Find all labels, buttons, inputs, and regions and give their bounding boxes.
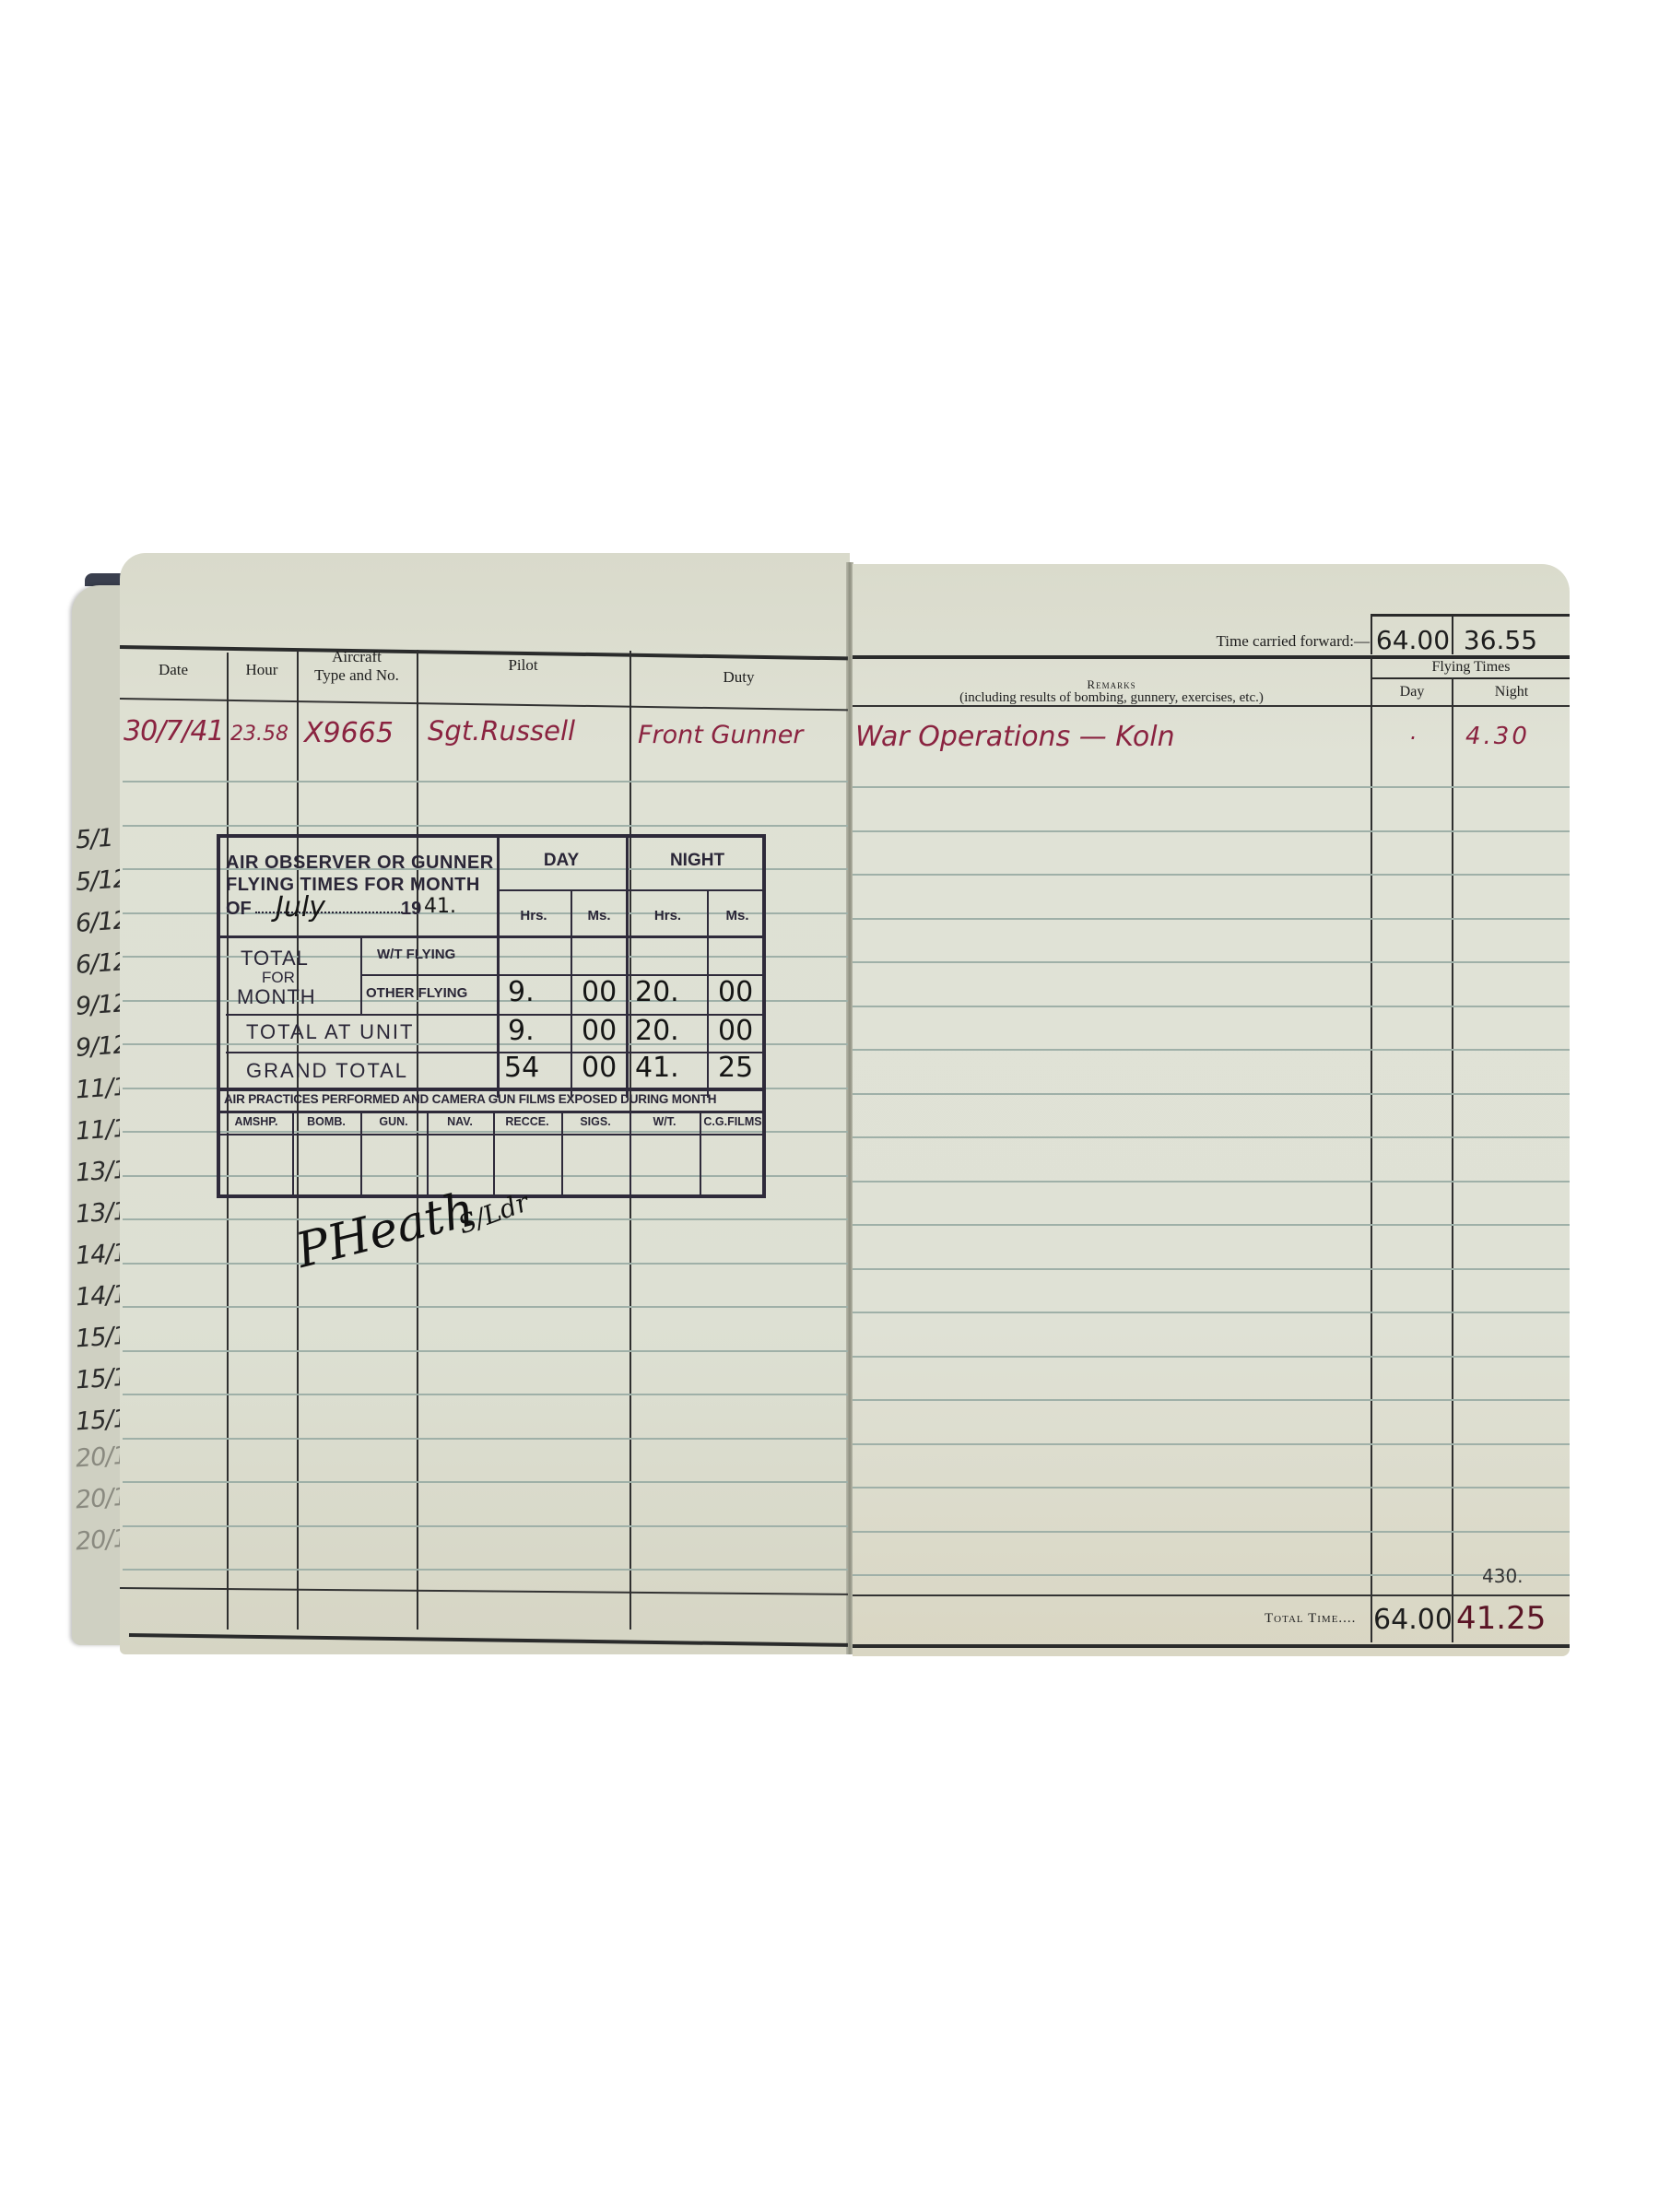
- carried-forward-label: Time carried forward:—: [1014, 632, 1370, 651]
- entry-duty: Front Gunner: [638, 721, 803, 749]
- col-divider: [1452, 677, 1453, 1642]
- ruled-line: [853, 1443, 1570, 1445]
- ruled-line: [853, 1224, 1570, 1226]
- total-time-label: Total Time....: [1265, 1611, 1356, 1627]
- stamp-divider: [226, 1052, 766, 1053]
- entry-date: 30/7/41: [124, 715, 224, 747]
- ruled-line: [853, 918, 1570, 920]
- day-label: Day: [1372, 683, 1452, 701]
- stamp-day-header: DAY: [497, 851, 626, 871]
- ruled-line: [853, 1312, 1570, 1313]
- stamp-divider: [226, 1014, 766, 1016]
- stamp-divider: [220, 935, 766, 938]
- stamp-divider: [493, 1113, 495, 1194]
- ruled-line: [853, 1093, 1570, 1095]
- ruled-line: [853, 1531, 1570, 1533]
- other-night-hrs: 20.: [635, 976, 679, 1008]
- stamp-divider: [629, 1113, 631, 1194]
- unit-day-ms: 00: [582, 1015, 617, 1047]
- entry-remarks: War Operations — Koln: [855, 721, 1175, 753]
- remarks-subtitle: (including results of bombing, gunnery, …: [853, 690, 1371, 705]
- stamp-wt-flying: W/T FLYING: [377, 947, 455, 962]
- stamp-night-hrs: Hrs.: [629, 908, 707, 924]
- stamp-divider: [360, 1113, 362, 1194]
- ruled-line: [123, 1438, 848, 1440]
- stamp-divider: [220, 1134, 766, 1135]
- unit-day-hrs: 9.: [508, 1015, 535, 1047]
- carried-top-rule: [1371, 614, 1570, 617]
- stamp-divider: [360, 938, 362, 1014]
- col-header-pilot: Pilot: [417, 656, 629, 675]
- monthly-summary-stamp: AIR OBSERVER OR GUNNER FLYING TIMES FOR …: [217, 834, 766, 1198]
- stamp-divider: [497, 889, 766, 891]
- stamp-divider: [626, 838, 629, 1098]
- other-day-hrs: 9.: [508, 976, 535, 1008]
- total-night: 41.25: [1456, 1600, 1546, 1637]
- pencil-note: 430.: [1482, 1565, 1524, 1587]
- entry-day-time: .: [1410, 719, 1418, 745]
- aircraft-header-line2: Type and No.: [297, 666, 417, 685]
- entry-aircraft: X9665: [304, 717, 394, 749]
- ruled-line: [123, 781, 848, 782]
- underlying-date: 5/1: [75, 824, 114, 855]
- stamp-night-ms: Ms.: [709, 908, 766, 924]
- entry-night-time: 4.30: [1465, 723, 1530, 750]
- grand-day-ms: 00: [582, 1052, 617, 1084]
- grand-day-hrs: 54: [504, 1052, 539, 1084]
- unit-night-hrs: 20.: [635, 1015, 679, 1047]
- ruled-line: [853, 1268, 1570, 1270]
- ruled-line: [853, 1487, 1570, 1488]
- other-day-ms: 00: [582, 976, 617, 1008]
- stamp-other-flying: OTHER FLYING: [366, 985, 467, 1001]
- practice-col-header: AMSHP.: [220, 1115, 292, 1128]
- grand-night-ms: 25: [718, 1052, 753, 1084]
- flying-times-rule: [1371, 677, 1570, 679]
- total-day: 64.00: [1373, 1604, 1453, 1636]
- flying-times-label: Flying Times: [1372, 658, 1570, 677]
- stamp-title-line1: AIR OBSERVER OR GUNNER: [226, 853, 494, 874]
- right-bottom-rule: [853, 1644, 1570, 1648]
- ruled-line: [123, 825, 848, 827]
- other-night-ms: 00: [718, 976, 753, 1008]
- grand-night-hrs: 41.: [635, 1052, 679, 1084]
- ruled-line: [853, 961, 1570, 963]
- stamp-day-ms: Ms.: [572, 908, 626, 924]
- col-header-aircraft: Aircraft Type and No.: [297, 648, 417, 685]
- stamp-total-l3: MONTH: [237, 985, 316, 1009]
- stamp-month: July: [276, 891, 325, 924]
- stamp-practices-header: AIR PRACTICES PERFORMED AND CAMERA GUN F…: [224, 1092, 716, 1106]
- aircraft-header-line1: Aircraft: [297, 648, 417, 666]
- stamp-divider: [427, 1113, 429, 1194]
- ruled-line: [123, 1306, 848, 1308]
- ruled-line: [853, 1049, 1570, 1051]
- ruled-line: [853, 1574, 1570, 1576]
- ruled-line: [853, 786, 1570, 788]
- ruled-line: [853, 874, 1570, 876]
- stamp-grand-total: GRAND TOTAL: [246, 1059, 408, 1083]
- ruled-line: [123, 1350, 848, 1352]
- carried-forward-day: 64.00: [1373, 625, 1453, 655]
- stamp-night-header: NIGHT: [629, 851, 766, 871]
- stamp-title-line2: FLYING TIMES FOR MONTH: [226, 875, 480, 896]
- stamp-year-handwritten: 41.: [424, 895, 456, 918]
- entry-pilot: Sgt.Russell: [428, 715, 575, 747]
- ruled-line: [123, 1569, 848, 1571]
- ruled-line: [123, 1263, 848, 1265]
- practice-col-header: W/T.: [629, 1115, 700, 1128]
- practice-col-header: NAV.: [427, 1115, 493, 1128]
- col-header-hour: Hour: [227, 661, 297, 679]
- ruled-line: [853, 1356, 1570, 1358]
- carried-divider: [1371, 616, 1372, 654]
- practice-col-header: SIGS.: [561, 1115, 629, 1128]
- ruled-line: [853, 830, 1570, 832]
- practice-col-header: C.G.FILMS: [700, 1115, 766, 1128]
- remarks-title: Remarks: [853, 678, 1371, 691]
- practice-col-header: GUN.: [360, 1115, 427, 1128]
- ruled-line: [853, 1399, 1570, 1401]
- stamp-divider: [292, 1113, 294, 1194]
- ruled-line: [853, 1006, 1570, 1007]
- practice-col-header: RECCE.: [493, 1115, 561, 1128]
- stamp-divider: [220, 1088, 766, 1091]
- stamp-total-l2: FOR: [262, 969, 295, 987]
- stamp-title-of: OF: [226, 899, 252, 920]
- entry-hour: 23.58: [230, 723, 288, 746]
- night-label: Night: [1453, 683, 1570, 701]
- col-header-date: Date: [120, 661, 227, 679]
- carried-forward-night: 36.55: [1454, 625, 1547, 655]
- stamp-total-l1: TOTAL: [241, 947, 309, 971]
- col-divider: [1371, 656, 1372, 1642]
- unit-night-ms: 00: [718, 1015, 753, 1047]
- ruled-line: [123, 1481, 848, 1483]
- practice-col-header: BOMB.: [292, 1115, 360, 1128]
- ruled-line: [853, 1181, 1570, 1182]
- col-header-duty: Duty: [629, 668, 848, 687]
- ruled-line: [123, 1394, 848, 1395]
- stamp-divider: [700, 1113, 701, 1194]
- stamp-divider: [561, 1113, 563, 1194]
- stamp-year-printed: 19: [401, 899, 421, 920]
- stamp-total-at-unit: TOTAL AT UNIT: [246, 1020, 414, 1044]
- ruled-line: [123, 1525, 848, 1527]
- right-header-bottom-rule: [853, 705, 1570, 707]
- ruled-line: [853, 1136, 1570, 1138]
- right-total-rule: [853, 1594, 1570, 1596]
- stamp-divider: [360, 974, 766, 976]
- stamp-divider: [497, 838, 500, 1098]
- stamp-day-hrs: Hrs.: [497, 908, 571, 924]
